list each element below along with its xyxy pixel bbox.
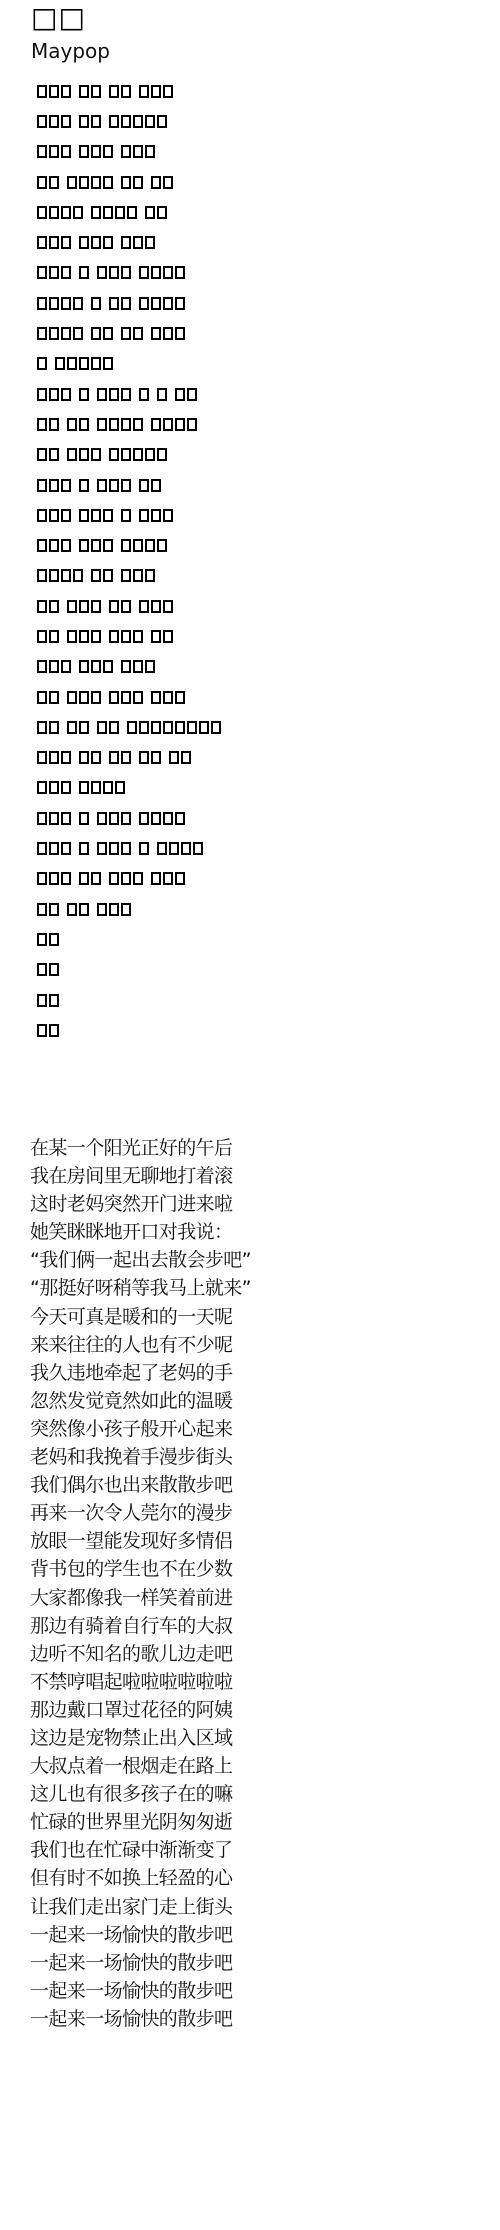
missing-glyph-box: [121, 872, 131, 885]
missing-glyph-word: [97, 388, 131, 401]
missing-glyph-box: [181, 751, 191, 764]
lyric-line: 老妈和我挽着手漫步街头: [30, 1443, 251, 1471]
missing-glyph-box: [61, 327, 71, 340]
missing-glyph-box: [121, 569, 131, 582]
missing-glyph-box: [133, 872, 143, 885]
missing-glyph-box: [37, 85, 47, 98]
missing-glyph-box: [49, 600, 59, 613]
lyric-line: [37, 227, 221, 257]
missing-glyph-box: [49, 206, 59, 219]
lyric-line: 那边有骑着自行车的大叔: [30, 1612, 251, 1640]
missing-glyph-box: [79, 236, 89, 249]
lyric-line: [37, 924, 221, 954]
missing-glyph-box: [37, 660, 47, 673]
missing-glyph-box: [127, 206, 137, 219]
missing-glyph-word: [37, 327, 83, 340]
lyric-line: 背书包的学生也不在少数: [30, 1555, 251, 1583]
lyric-line: [37, 803, 221, 833]
missing-glyph-box: [163, 630, 173, 643]
missing-glyph-box: [157, 206, 167, 219]
missing-glyph-box: [37, 236, 47, 249]
missing-glyph-box: [67, 903, 77, 916]
missing-glyph-word: [79, 85, 101, 98]
missing-glyph-box: [211, 721, 221, 734]
missing-glyph-word: [37, 297, 83, 310]
missing-glyph-box: [133, 539, 143, 552]
lyric-line: [37, 894, 221, 924]
missing-glyph-box: [91, 600, 101, 613]
missing-glyph-box: [151, 872, 161, 885]
missing-glyph-box: [79, 691, 89, 704]
missing-glyph-box: [97, 418, 107, 431]
missing-glyph-box: [91, 145, 101, 158]
missing-glyph-box: [67, 418, 77, 431]
missing-glyph-box: [151, 509, 161, 522]
missing-glyph-box: [151, 751, 161, 764]
missing-glyph-word: [79, 479, 89, 492]
missing-glyph-box: [61, 85, 71, 98]
lyric-line: 这边是宠物禁止出入区域: [30, 1724, 251, 1752]
missing-glyph-box: [49, 781, 59, 794]
lyric-line: [37, 530, 221, 560]
lyric-line: [37, 1015, 221, 1045]
missing-glyph-box: [151, 691, 161, 704]
missing-glyph-word: [139, 812, 185, 825]
lyric-line: [37, 288, 221, 318]
missing-glyph-box: [103, 357, 113, 370]
missing-glyph-box: [133, 145, 143, 158]
missing-glyph-box: [139, 266, 149, 279]
missing-glyph-box: [49, 721, 59, 734]
missing-glyph-box: [79, 266, 89, 279]
missing-glyph-box: [61, 236, 71, 249]
missing-glyph-box: [121, 297, 131, 310]
missing-glyph-box: [79, 781, 89, 794]
missing-glyph-box: [49, 842, 59, 855]
missing-glyph-box: [49, 660, 59, 673]
missing-glyph-word: [139, 509, 173, 522]
missing-glyph-box: [103, 236, 113, 249]
missing-glyph-word: [37, 266, 71, 279]
missing-glyph-box: [91, 85, 101, 98]
missing-glyph-box: [49, 539, 59, 552]
missing-glyph-word: [109, 115, 167, 128]
missing-glyph-word: [37, 812, 71, 825]
missing-glyph-box: [61, 115, 71, 128]
missing-glyph-box: [163, 327, 173, 340]
missing-glyph-box: [37, 176, 47, 189]
missing-glyph-box: [73, 206, 83, 219]
missing-glyph-word: [91, 569, 113, 582]
missing-glyph-word: [97, 479, 131, 492]
missing-glyph-box: [187, 388, 197, 401]
missing-glyph-box: [79, 751, 89, 764]
missing-glyph-box: [121, 630, 131, 643]
lyric-line: 忽然发觉竟然如此的温暖: [30, 1387, 251, 1415]
missing-glyph-box: [67, 357, 77, 370]
missing-glyph-box: [127, 721, 137, 734]
missing-glyph-box: [97, 388, 107, 401]
missing-glyph-box: [121, 176, 131, 189]
missing-glyph-box: [145, 236, 155, 249]
missing-glyph-box: [121, 327, 131, 340]
missing-glyph-word: [151, 872, 185, 885]
missing-glyph-box: [109, 903, 119, 916]
missing-glyph-box: [49, 751, 59, 764]
missing-glyph-box: [121, 448, 131, 461]
missing-glyph-box: [151, 721, 161, 734]
missing-glyph-box: [175, 812, 185, 825]
lyric-line: [37, 106, 221, 136]
missing-glyph-box: [49, 85, 59, 98]
missing-glyph-box: [163, 85, 173, 98]
missing-glyph-box: [79, 539, 89, 552]
missing-glyph-word: [79, 539, 113, 552]
lyric-line: “那挺好呀稍等我马上就来”: [30, 1274, 251, 1302]
missing-glyph-box: [79, 812, 89, 825]
lyric-line: 一起来一场愉快的散步吧: [30, 1949, 251, 1977]
missing-glyph-word: [97, 721, 119, 734]
missing-glyph-box: [37, 872, 47, 885]
missing-glyph-box: [157, 115, 167, 128]
missing-glyph-box: [37, 691, 47, 704]
missing-glyph-word: [97, 812, 131, 825]
missing-glyph-word: [151, 630, 173, 643]
missing-glyph-box: [175, 388, 185, 401]
missing-glyph-word: [37, 933, 59, 946]
missing-glyph-word: [121, 327, 143, 340]
missing-glyph-box: [187, 418, 197, 431]
missing-glyph-box: [109, 388, 119, 401]
missing-glyph-box: [103, 781, 113, 794]
missing-glyph-word: [151, 176, 173, 189]
missing-glyph-box: [49, 691, 59, 704]
missing-glyph-box: [91, 781, 101, 794]
missing-glyph-box: [37, 388, 47, 401]
missing-glyph-word: [157, 842, 203, 855]
missing-glyph-box: [121, 266, 131, 279]
missing-glyph-box: [73, 297, 83, 310]
missing-glyph-word: [37, 721, 59, 734]
missing-glyph-box: [139, 297, 149, 310]
missing-glyph-word: [37, 115, 71, 128]
lyric-line: 今天可真是暖和的一天呢: [30, 1303, 251, 1331]
missing-glyph-box: [145, 569, 155, 582]
missing-glyph-word: [139, 297, 185, 310]
missing-glyph-box: [121, 509, 131, 522]
lyric-line: 一起来一场愉快的散步吧: [30, 2005, 251, 2033]
lyric-line: [37, 197, 221, 227]
missing-glyph-word: [79, 751, 101, 764]
missing-glyph-box: [79, 903, 89, 916]
lyric-line: 一起来一场愉快的散步吧: [30, 1921, 251, 1949]
lyric-line: 突然像小孩子般开心起来: [30, 1415, 251, 1443]
missing-glyph-box: [97, 903, 107, 916]
missing-glyph-box: [139, 600, 149, 613]
missing-glyph-box: [49, 115, 59, 128]
missing-glyph-box: [37, 569, 47, 582]
missing-glyph-box: [91, 872, 101, 885]
lyric-line: [37, 409, 221, 439]
missing-glyph-box: [121, 539, 131, 552]
lyric-line: [37, 137, 221, 167]
missing-glyph-box: [151, 600, 161, 613]
missing-glyph-word: [37, 600, 59, 613]
lyric-line: 让我们走出家门走上街头: [30, 1893, 251, 1921]
missing-glyph-word: [121, 660, 155, 673]
missing-glyph-word: [67, 721, 89, 734]
missing-glyph-box: [37, 842, 47, 855]
missing-glyph-word: [109, 448, 167, 461]
lyric-line: [37, 743, 221, 773]
missing-glyph-box: [37, 721, 47, 734]
lyric-line: [37, 652, 221, 682]
missing-glyph-box: [163, 691, 173, 704]
missing-glyph-box: [49, 963, 59, 976]
missing-glyph-box: [145, 145, 155, 158]
missing-glyph-box: [79, 448, 89, 461]
missing-glyph-box: [103, 509, 113, 522]
missing-glyph-box: [61, 388, 71, 401]
missing-glyph-box: [109, 721, 119, 734]
missing-glyph-box: [139, 842, 149, 855]
missing-glyph-box: [109, 479, 119, 492]
missing-glyph-box: [157, 388, 167, 401]
missing-glyph-box: [97, 479, 107, 492]
missing-glyph-box: [145, 448, 155, 461]
missing-glyph-box: [109, 448, 119, 461]
missing-glyph-box: [91, 691, 101, 704]
missing-glyph-box: [91, 115, 101, 128]
missing-glyph-box: [169, 842, 179, 855]
missing-glyph-box: [49, 448, 59, 461]
missing-glyph-box: [37, 630, 47, 643]
missing-glyph-box: [103, 176, 113, 189]
missing-glyph-word: [37, 903, 59, 916]
missing-glyph-word: [127, 721, 221, 734]
missing-glyph-box: [61, 539, 71, 552]
missing-glyph-box: [91, 569, 101, 582]
missing-glyph-box: [55, 357, 65, 370]
missing-glyph-box: [91, 357, 101, 370]
missing-glyph-box: [109, 297, 119, 310]
lyric-line: [37, 258, 221, 288]
missing-glyph-box: [37, 327, 47, 340]
missing-glyph-word: [121, 176, 143, 189]
missing-glyph-word: [67, 448, 101, 461]
missing-glyph-word: [139, 600, 173, 613]
missing-glyph-word: [79, 781, 125, 794]
missing-glyph-word: [37, 206, 83, 219]
missing-glyph-box: [115, 206, 125, 219]
missing-glyph-word: [37, 145, 71, 158]
missing-glyph-box: [37, 933, 47, 946]
missing-glyph-box: [49, 176, 59, 189]
missing-glyph-box: [79, 872, 89, 885]
missing-glyph-word: [37, 418, 59, 431]
missing-glyph-box: [79, 479, 89, 492]
missing-glyph-box: [49, 630, 59, 643]
missing-glyph-box: [175, 297, 185, 310]
missing-glyph-box: [49, 297, 59, 310]
missing-glyph-box: [37, 266, 47, 279]
missing-glyph-box: [61, 145, 71, 158]
missing-glyph-box: [61, 872, 71, 885]
missing-glyph-box: [121, 812, 131, 825]
missing-glyph-box: [133, 418, 143, 431]
missing-glyph-box: [91, 176, 101, 189]
missing-glyph-box: [139, 721, 149, 734]
missing-glyph-box: [37, 781, 47, 794]
missing-glyph-box: [121, 903, 131, 916]
missing-glyph-word: [97, 418, 143, 431]
missing-glyph-word: [109, 85, 131, 98]
missing-glyph-box: [37, 812, 47, 825]
missing-glyph-box: [109, 115, 119, 128]
missing-glyph-word: [37, 176, 59, 189]
missing-glyph-word: [139, 266, 185, 279]
missing-glyph-box: [49, 388, 59, 401]
missing-glyph-box: [103, 539, 113, 552]
missing-glyph-box: [151, 297, 161, 310]
missing-glyph-word: [37, 539, 71, 552]
missing-glyph-box: [133, 236, 143, 249]
missing-glyph-box: [163, 721, 173, 734]
missing-glyph-box: [49, 1024, 59, 1037]
missing-glyph-box: [133, 448, 143, 461]
missing-glyph-word: [37, 691, 59, 704]
missing-glyph-box: [37, 963, 47, 976]
missing-glyph-box: [61, 297, 71, 310]
missing-glyph-box: [67, 600, 77, 613]
missing-glyph-word: [151, 691, 185, 704]
missing-glyph-box: [37, 751, 47, 764]
missing-glyph-box: [91, 236, 101, 249]
missing-glyph-box: [163, 176, 173, 189]
missing-glyph-word: [67, 600, 101, 613]
missing-glyph-box: [91, 327, 101, 340]
missing-glyph-word: [145, 206, 167, 219]
missing-glyph-box: [91, 448, 101, 461]
lyric-line: 但有时不如换上轻盈的心: [30, 1864, 251, 1892]
missing-glyph-box: [91, 630, 101, 643]
missing-glyph-box: [61, 751, 71, 764]
missing-glyph-box: [151, 812, 161, 825]
missing-glyph-box: [67, 176, 77, 189]
lyric-line: 大家都像我一样笑着前进: [30, 1584, 251, 1612]
missing-glyph-word: [67, 903, 89, 916]
missing-glyph-box: [139, 479, 149, 492]
missing-glyph-box: [49, 266, 59, 279]
missing-glyph-box: [121, 236, 131, 249]
missing-glyph-word: [121, 509, 131, 522]
missing-glyph-box: [121, 600, 131, 613]
missing-glyph-word: [139, 479, 161, 492]
missing-glyph-box: [61, 660, 71, 673]
missing-glyph-box: [109, 842, 119, 855]
lyric-line: [37, 76, 221, 106]
missing-glyph-box: [49, 236, 59, 249]
missing-glyph-box: [37, 994, 47, 1007]
missing-glyph-word: [79, 388, 89, 401]
missing-glyph-box: [49, 903, 59, 916]
missing-glyph-word: [79, 660, 113, 673]
missing-glyph-box: [49, 872, 59, 885]
lyric-line: [37, 500, 221, 530]
missing-glyph-box: [61, 781, 71, 794]
missing-glyph-box: [67, 448, 77, 461]
missing-glyph-box: [175, 327, 185, 340]
missing-glyph-word: [79, 115, 101, 128]
missing-glyph-word: [109, 630, 143, 643]
missing-glyph-box: [163, 266, 173, 279]
missing-glyph-word: [139, 388, 149, 401]
missing-glyph-box: [121, 479, 131, 492]
missing-glyph-box: [37, 600, 47, 613]
lyric-line: [37, 864, 221, 894]
missing-glyph-word: [37, 569, 83, 582]
missing-glyph-box: [139, 509, 149, 522]
missing-glyph-box: [49, 479, 59, 492]
missing-glyph-word: [37, 479, 71, 492]
missing-glyph-word: [97, 266, 131, 279]
missing-glyph-box: [37, 357, 47, 370]
missing-glyph-box: [79, 600, 89, 613]
missing-glyph-box: [151, 85, 161, 98]
missing-glyph-box: [163, 600, 173, 613]
missing-glyph-word: [37, 388, 71, 401]
lyric-line: [37, 379, 221, 409]
missing-glyph-box: [187, 721, 197, 734]
missing-glyph-box: [133, 115, 143, 128]
missing-glyph-word: [67, 630, 101, 643]
missing-glyph-box: [121, 85, 131, 98]
missing-glyph-word: [37, 357, 47, 370]
missing-glyph-word: [109, 297, 131, 310]
lyric-line: 这时老妈突然开门进来啦: [30, 1190, 251, 1218]
missing-glyph-box: [121, 388, 131, 401]
missing-glyph-word: [79, 266, 89, 279]
missing-glyph-box: [79, 176, 89, 189]
missing-glyph-box: [109, 266, 119, 279]
missing-glyph-box: [145, 115, 155, 128]
missing-glyph-box: [37, 539, 47, 552]
lyric-line: 我们也在忙碌中渐渐变了: [30, 1836, 251, 1864]
lyric-line: 不禁哼唱起啦啦啦啦啦啦: [30, 1668, 251, 1696]
missing-glyph-box: [133, 569, 143, 582]
lyric-line: [37, 985, 221, 1015]
missing-glyph-box: [61, 812, 71, 825]
original-lyrics: [37, 76, 221, 1046]
lyric-line: 我们偶尔也出来散散步吧: [30, 1471, 251, 1499]
missing-glyph-word: [157, 388, 167, 401]
missing-glyph-box: [37, 115, 47, 128]
lyric-line: [37, 621, 221, 651]
missing-glyph-word: [91, 327, 113, 340]
lyric-line: 那边戴口罩过花径的阿姨: [30, 1696, 251, 1724]
missing-glyph-word: [37, 994, 59, 1007]
missing-glyph-box: [109, 751, 119, 764]
missing-glyph-box: [37, 903, 47, 916]
lyric-line: “我们俩一起出去散会步吧”: [30, 1246, 251, 1274]
missing-glyph-word: [139, 85, 173, 98]
missing-glyph-box: [103, 569, 113, 582]
missing-glyph-box: [97, 842, 107, 855]
lyric-line: [37, 591, 221, 621]
missing-glyph-box: [73, 569, 83, 582]
missing-glyph-box: [37, 1024, 47, 1037]
missing-glyph-box: [109, 600, 119, 613]
